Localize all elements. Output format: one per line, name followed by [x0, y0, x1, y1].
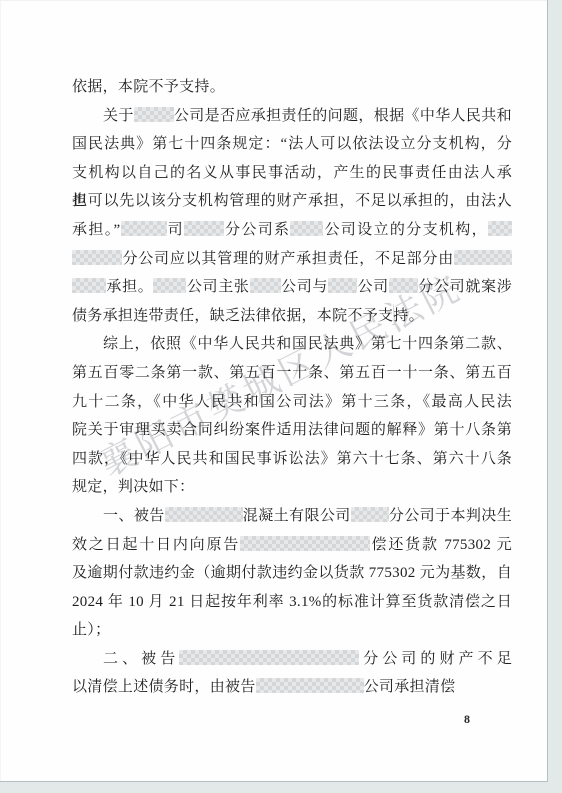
text-segment: 规定，判决如下：	[72, 479, 194, 495]
text-segment: 公司与	[281, 279, 328, 295]
text-segment: 四款，《中华人民共和国民事诉讼法》第六十七条、第六十八条	[72, 451, 512, 467]
text-segment: 司	[167, 222, 184, 238]
redacted-text	[165, 507, 243, 522]
redacted-text	[179, 650, 359, 665]
text-segment: 一、被告	[103, 508, 165, 524]
document-line: 承担。”司分公司系公司设立的分支机构，	[72, 216, 512, 245]
document-line: 以清偿上述债务时，由被告公司承担清偿	[72, 673, 512, 702]
text-segment: 九十二条，《中华人民共和国公司法》第十三条，《最高人民法	[72, 394, 512, 410]
redacted-text	[184, 221, 224, 236]
text-segment: 承担。”	[72, 222, 121, 238]
document-page: 襄阳市樊城区人民法院 依据，本院不予支持。关于公司是否应承担责任的问题，根据《中…	[0, 0, 548, 782]
text-segment: 公司是否应承担责任的问题，根据《中华人民共和	[174, 108, 512, 124]
document-line: 2024 年 10 月 21 日起按年利率 3.1%的标准计算至货款清偿之日	[72, 588, 512, 617]
text-segment: 依据，本院不予支持。	[72, 79, 225, 95]
text-segment: 第五百零二条第一款、第五百一十条、第五百一十一条、第五百	[72, 365, 512, 381]
document-line: 一、被告混凝土有限公司分公司于本判决生	[72, 502, 512, 531]
redacted-text	[240, 536, 370, 551]
text-segment: 承担。	[106, 279, 153, 295]
redacted-text	[454, 250, 512, 265]
text-segment: 混凝土有限公司	[243, 508, 351, 524]
document-line: 二、被告分公司的财产不足	[72, 645, 512, 674]
redacted-text	[250, 278, 281, 293]
document-line: 九十二条，《中华人民共和国公司法》第十三条，《最高人民法	[72, 388, 512, 417]
text-segment: 及逾期付款违约金（逾期付款违约金以货款 775302 元为基数，自	[72, 565, 512, 581]
document-line: 依据，本院不予支持。	[72, 73, 512, 102]
text-segment: 分公司的财产不足	[359, 651, 512, 667]
text-segment: 公司承担清偿	[364, 679, 456, 695]
text-segment: 分公司应以其管理的财产承担责任，不足部分由	[122, 251, 454, 267]
text-segment: 效之日起十日内向原告	[72, 537, 240, 553]
document-line: 止）；	[72, 616, 512, 645]
document-line: 效之日起十日内向原告偿还货款 775302 元	[72, 531, 512, 560]
text-segment: 止）；	[72, 622, 110, 638]
document-line: 及逾期付款违约金（逾期付款违约金以货款 775302 元为基数，自	[72, 559, 512, 588]
redacted-text	[134, 107, 174, 122]
document-line: 支机构以自己的名义从事民事活动，产生的民事责任由法人承担；	[72, 159, 512, 188]
text-segment: 分公司系	[224, 222, 290, 238]
text-segment: 以清偿上述债务时，由被告	[72, 679, 256, 695]
redacted-text	[72, 278, 106, 293]
document-line: 院关于审理买卖合同纠纷案件适用法律问题的解释》第十八条第	[72, 416, 512, 445]
text-segment: 公司	[357, 279, 389, 295]
text-segment: 偿还货款 775302 元	[370, 537, 512, 553]
document-line: 分公司应以其管理的财产承担责任，不足部分由	[72, 245, 512, 274]
document-line: 承担。公司主张公司与公司分公司就案涉	[72, 273, 512, 302]
document-line: 也可以先以该分支机构管理的财产承担，不足以承担的，由法人	[72, 187, 512, 216]
text-segment: 综上，依照《中华人民共和国民法典》第七十四条第二款、	[103, 336, 512, 352]
document-line: 国民法典》第七十四条规定：“法人可以依法设立分支机构，分	[72, 130, 512, 159]
text-segment: 二、被告	[103, 651, 179, 667]
document-line: 债务承担连带责任，缺乏法律依据，本院不予支持。	[72, 302, 512, 331]
document-body: 依据，本院不予支持。关于公司是否应承担责任的问题，根据《中华人民共和国民法典》第…	[72, 73, 512, 702]
document-line: 第五百零二条第一款、第五百一十条、第五百一十一条、第五百	[72, 359, 512, 388]
redacted-text	[72, 250, 122, 265]
redacted-text	[389, 278, 418, 293]
text-segment: 分公司于本判决生	[389, 508, 512, 524]
page-number: 8	[464, 712, 470, 727]
redacted-text	[351, 507, 389, 522]
text-segment: 公司设立的分支机构，	[323, 222, 488, 238]
text-segment: 债务承担连带责任，缺乏法律依据，本院不予支持。	[72, 308, 424, 324]
text-segment: 也可以先以该分支机构管理的财产承担，不足以承担的，由法人	[72, 193, 512, 209]
text-segment: 关于	[103, 108, 134, 124]
redacted-text	[256, 678, 364, 693]
text-segment: 分公司就案涉	[418, 279, 512, 295]
text-segment: 公司主张	[186, 279, 249, 295]
redacted-text	[121, 221, 167, 236]
text-segment: 院关于审理买卖合同纠纷案件适用法律问题的解释》第十八条第	[72, 422, 512, 438]
text-segment: 2024 年 10 月 21 日起按年利率 3.1%的标准计算至货款清偿之日	[72, 594, 512, 610]
text-segment: 国民法典》第七十四条规定：“法人可以依法设立分支机构，分	[72, 136, 512, 152]
redacted-text	[153, 278, 186, 293]
document-line: 规定，判决如下：	[72, 473, 512, 502]
document-line: 四款，《中华人民共和国民事诉讼法》第六十七条、第六十八条	[72, 445, 512, 474]
redacted-text	[328, 278, 357, 293]
redacted-text	[290, 221, 323, 236]
redacted-text	[488, 221, 512, 236]
document-line: 综上，依照《中华人民共和国民法典》第七十四条第二款、	[72, 330, 512, 359]
document-line: 关于公司是否应承担责任的问题，根据《中华人民共和	[72, 102, 512, 131]
